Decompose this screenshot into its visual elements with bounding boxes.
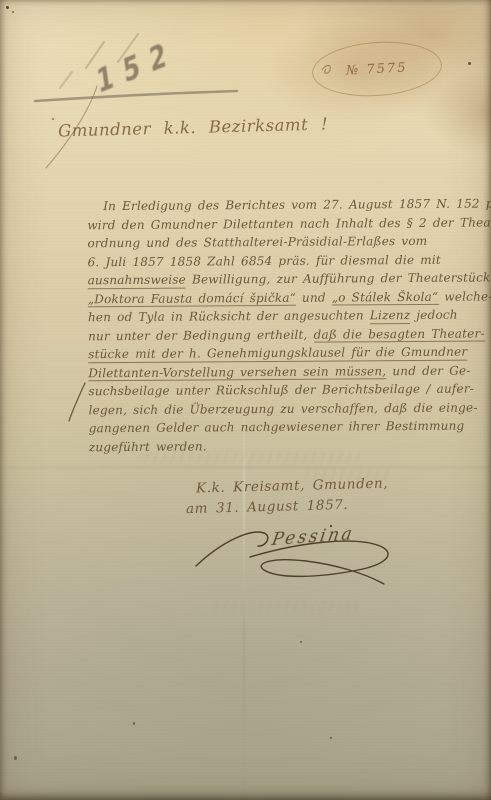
bleedthrough-mark bbox=[210, 600, 360, 611]
body-line: stücke mit der h. Genehmigungsklausel fü… bbox=[88, 343, 450, 364]
body-segment-underlined: ausnahmsweise bbox=[88, 273, 186, 289]
foxing-speck bbox=[52, 118, 54, 120]
body-line: In Erledigung des Berichtes vom 27. Augu… bbox=[87, 195, 449, 216]
body-segment: jedoch bbox=[410, 308, 458, 322]
body-line: 6. Juli 1857 1858 Zahl 6854 präs. für di… bbox=[87, 250, 449, 271]
foxing-speck bbox=[133, 722, 135, 725]
pencil-cancelled-number: 152 bbox=[95, 32, 179, 101]
bleedthrough-mark bbox=[300, 470, 390, 481]
body-segment: legen, sich die Überzeugung zu verschaff… bbox=[89, 400, 478, 417]
margin-slash-mark bbox=[69, 383, 85, 421]
foxing-speck bbox=[14, 756, 17, 760]
body-line: ordnung und des Statthalterei-Präsidial-… bbox=[87, 232, 449, 253]
body-line: legen, sich die Überzeugung zu verschaff… bbox=[89, 398, 451, 419]
body-segment-underlined: Dilettanten-Vorstellung versehen sein mü… bbox=[88, 364, 386, 382]
body-segment-underlined: stücke mit der h. Genehmigungsklausel fü… bbox=[88, 345, 467, 363]
body-segment: hen od Tyla in Rücksicht der angesuchten bbox=[88, 308, 370, 324]
foxing-speck bbox=[330, 737, 332, 739]
salutation-line: Gmundner k.k. Bezirksamt ! bbox=[58, 114, 329, 140]
body-segment-underlined: „Doktora Fausta domácí špička“ bbox=[88, 290, 296, 307]
pencil-scribble-stroke bbox=[60, 72, 72, 88]
body-segment: gangenen Gelder auch nachgewiesener ihre… bbox=[89, 419, 465, 436]
body-segment: und der Ge- bbox=[386, 363, 470, 378]
body-segment: wird den Gmundner Dilettanten nach Inhal… bbox=[87, 215, 491, 232]
body-segment-underlined: „o Stálek Škola“ bbox=[332, 289, 439, 305]
foxing-speck bbox=[6, 6, 9, 9]
body-line: wird den Gmundner Dilettanten nach Inhal… bbox=[87, 213, 449, 234]
body-segment: In Erledigung des Berichtes vom 27. Augu… bbox=[103, 196, 491, 213]
registry-stamp-oval: № 7575 bbox=[310, 38, 443, 101]
body-segment: und bbox=[296, 290, 332, 304]
foxing-speck bbox=[468, 62, 471, 65]
closing-date-line: am 31. August 1857. bbox=[186, 497, 349, 517]
body-segment: 6. Juli 1857 1858 Zahl 6854 präs. für di… bbox=[88, 252, 441, 268]
body-line: ausnahmsweise Bewilligung, zur Aufführun… bbox=[88, 269, 450, 290]
body-line: hen od Tyla in Rücksicht der angesuchten… bbox=[88, 306, 450, 327]
pencil-strike-line bbox=[35, 91, 237, 101]
foxing-speck bbox=[12, 11, 14, 13]
body-segment-underlined: daß die besagten Theater- bbox=[314, 326, 485, 343]
body-segment: ordnung und des Statthalterei-Präsidial-… bbox=[87, 234, 427, 250]
body-text: In Erledigung des Berichtes vom 27. Augu… bbox=[87, 195, 451, 457]
body-line: nur unter der Bedingung ertheilt, daß di… bbox=[88, 324, 450, 345]
body-segment: welche- bbox=[438, 289, 491, 303]
scanned-letter-page: 152 № 7575 Gmundner k.k. Bezirksamt ! In… bbox=[0, 0, 491, 800]
stamp-number: № 7575 bbox=[346, 60, 408, 78]
body-line: gangenen Gelder auch nachgewiesener ihre… bbox=[89, 417, 451, 438]
body-segment-underlined: Lizenz bbox=[370, 308, 411, 324]
signature-name: Pessina bbox=[270, 524, 356, 550]
body-segment: Bewilligung, zur Aufführung der Theaters… bbox=[186, 270, 491, 286]
signature-flourish bbox=[196, 532, 268, 566]
foxing-speck bbox=[300, 641, 302, 643]
body-segment: nur unter der Bedingung ertheilt, bbox=[88, 327, 314, 343]
body-line: Dilettanten-Vorstellung versehen sein mü… bbox=[88, 361, 450, 382]
horizontal-fold-crease bbox=[0, 466, 491, 469]
bleedthrough-mark bbox=[140, 452, 360, 463]
body-segment: suchsbeilage unter Rückschluß der Berich… bbox=[88, 382, 474, 399]
body-line: suchsbeilage unter Rückschluß der Berich… bbox=[88, 380, 450, 401]
